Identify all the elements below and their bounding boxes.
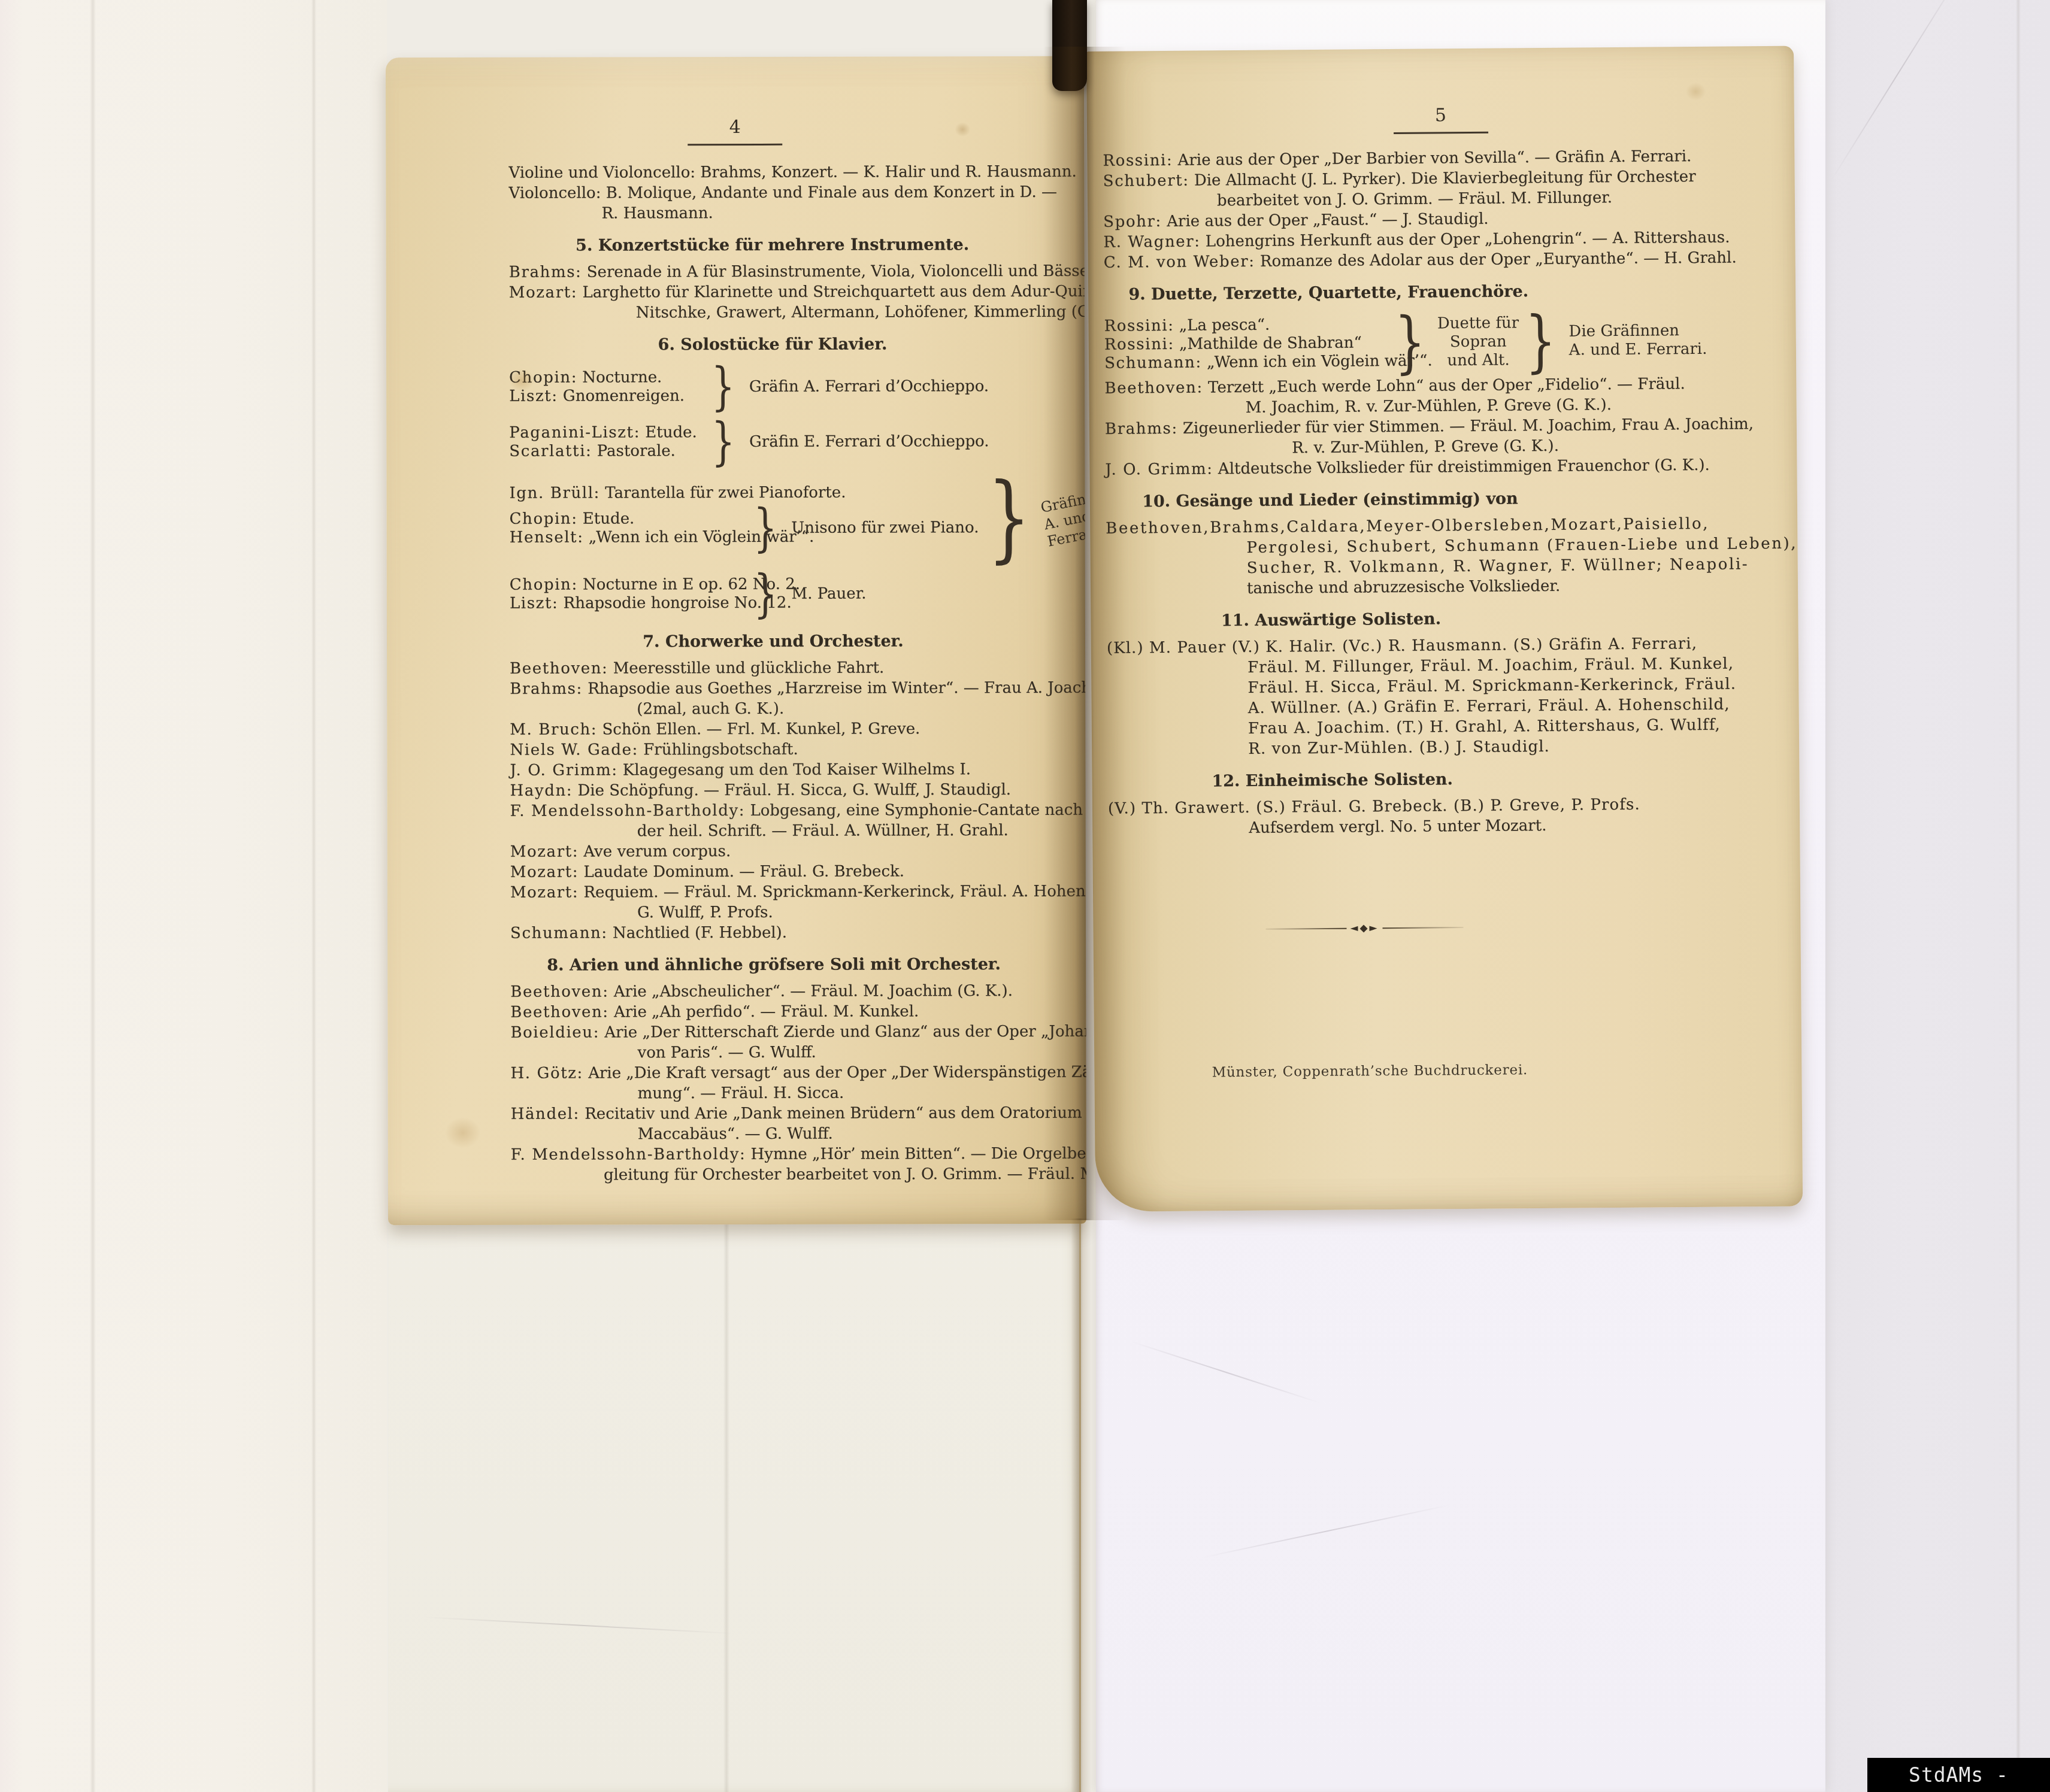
text-line: von Paris“. — G. Wulff. — [637, 1042, 1061, 1063]
page-number: 4 — [688, 117, 782, 145]
text-line: Niels W. Gade: Frühlingsbotschaft. — [510, 739, 1061, 760]
brace-icon: } — [1394, 309, 1425, 376]
section-heading-7: 7. Chorwerke und Orchester. — [510, 631, 1037, 653]
brace-icon: } — [987, 471, 1031, 565]
archive-reference-label: StdAMs - MV_004_229 — [1867, 1758, 2050, 1792]
section-10-lines: Beethoven,Brahms,Caldara,Meyer-Olbersleb… — [1106, 514, 1663, 599]
text-line: F. Mendelssohn-Bartholdy: Lobgesang, ein… — [510, 800, 1061, 821]
text-line: Beethoven: Arie „Ah perfido“. — Fräul. M… — [510, 1001, 1061, 1023]
text-line: Haydn: Die Schöpfung. — Fräul. H. Sicca,… — [510, 780, 1061, 801]
page-number-area: 5 — [1087, 102, 1794, 137]
section-heading-9: 9. Duette, Terzette, Quartette, Frauench… — [1104, 281, 1553, 305]
text-line: A. Wüllner. (A.) Gräfin E. Ferrari, Fräu… — [1247, 695, 1664, 718]
text-line: Die Gräfinnen — [1568, 322, 1707, 341]
section-heading-11: 11. Auswärtige Solisten. — [1106, 608, 1555, 632]
text-line: Aufserdem vergl. No. 5 unter Mozart. — [1249, 814, 1665, 838]
text-line: Nitschke, Grawert, Altermann, Lohöfener,… — [636, 302, 1060, 323]
section-heading-8: 8. Arien und ähnliche gröfsere Soli mit … — [510, 954, 1037, 976]
text-line: der heil. Schrift. — Fräul. A. Wüllner, … — [637, 820, 1061, 841]
performer-label-stack: GräfinnenA. und E.Ferrari. — [1040, 485, 1086, 550]
text-line: Frau A. Joachim. (T.) H. Grahl, A. Ritte… — [1248, 715, 1664, 738]
brace-group: Chopin: Nocturne.Liszt: Gnomenreigen. } … — [509, 360, 1060, 413]
performer-label: Gräfin A. Ferrari d’Occhieppo. — [749, 377, 989, 396]
brace-group: Rossini: „La pesca“.Rossini: „Mathilde d… — [1104, 307, 1661, 378]
section-12-lines: (V.) Th. Grawert. (S.) Fräul. G. Brebeck… — [1108, 794, 1666, 839]
text-line: R. von Zur-Mühlen. (B.) J. Staudigl. — [1248, 735, 1664, 759]
text-line: Brahms: Rhapsodie aus Goethes „Harzreise… — [510, 678, 1061, 699]
section-heading-10: 10. Gesänge und Lieder (einstimmig) von — [1106, 489, 1555, 513]
section-5-lines: Brahms: Serenade in A für Blasinstrument… — [509, 261, 1060, 323]
section-heading-5: 5. Konzertstücke für mehrere Instrumente… — [509, 235, 1036, 256]
backing-sheet-right — [1825, 0, 2050, 1792]
stain — [445, 1117, 481, 1148]
text-line: Ign. Brüll: Tarantella für zwei Pianofor… — [509, 483, 979, 503]
book-page-5: 5 Rossini: Arie aus der Oper „Der Barbie… — [1086, 46, 1803, 1212]
paper-crease — [311, 0, 316, 1792]
section-heading-6: 6. Solostücke für Klavier. — [509, 334, 1036, 356]
book-spine — [1052, 0, 1087, 91]
text-line: und Alt. — [1437, 351, 1519, 370]
text-line: Rossini: „La pesca“. — [1104, 315, 1388, 336]
text-line: Mozart: Larghetto für Klarinette und Str… — [509, 281, 1060, 303]
text-line: Fräul. H. Sicca, Fräul. M. Sprickmann-Ke… — [1247, 674, 1664, 698]
text-line: tanische und abruzzesische Volkslieder. — [1247, 575, 1663, 598]
section-8-lines: Beethoven: Arie „Abscheulicher“. — Fräul… — [510, 981, 1062, 1185]
text-line: Mozart: Requiem. — Fräul. M. Sprickmann-… — [510, 881, 1061, 903]
text-line: Sopran — [1437, 332, 1519, 351]
text-line: Schumann: „Wenn ich ein Vöglein wär’“. — [1104, 352, 1389, 373]
paper-crease — [1132, 1341, 1320, 1403]
text-line: R. Hausmann. — [601, 202, 1059, 224]
section-7-lines: Beethoven: Meeresstille und glückliche F… — [510, 657, 1061, 944]
brace-icon: } — [753, 568, 777, 620]
page-number-area: 4 — [386, 116, 1084, 146]
divider-line — [1266, 928, 1347, 930]
text-line: R. v. Zur-Mühlen, P. Greve (G. K.). — [1292, 435, 1662, 458]
stain — [1685, 83, 1706, 101]
text-line: gleitung für Orchester bearbeitet von J.… — [604, 1164, 1062, 1185]
book-page-4: 4 Violine und Violoncello: Brahms, Konze… — [386, 56, 1086, 1225]
section-6: Chopin: Nocturne.Liszt: Gnomenreigen. } … — [509, 360, 1061, 620]
divider-line — [1383, 927, 1464, 929]
text-line: Schumann: Nachtlied (F. Hebbel). — [510, 922, 1061, 944]
paper-crease — [2016, 0, 2021, 1792]
text-line: Liszt: Rhapsodie hongroise No. 12. — [510, 594, 749, 613]
page-number: 5 — [1393, 105, 1488, 134]
text-line: M. Bruch: Schön Ellen. — Frl. M. Kunkel,… — [510, 718, 1061, 740]
text-line: Chopin: Nocturne in E op. 62 No. 2. — [510, 575, 749, 595]
text-line: Mozart: Laudate Dominum. — Fräul. G. Bre… — [510, 861, 1061, 883]
text-line: mung“. — Fräul. H. Sicca. — [638, 1083, 1062, 1103]
text-line: C. M. von Weber: Romanze des Adolar aus … — [1104, 248, 1661, 272]
text-line: Pergolesi, Schubert, Schumann (Frauen-Li… — [1246, 534, 1663, 557]
text-line: Liszt: Gnomenreigen. — [509, 387, 707, 406]
text-line: Händel: Recitativ und Arie „Dank meinen … — [511, 1103, 1062, 1124]
performer-label: Die GräfinnenA. und E. Ferrari. — [1568, 322, 1707, 360]
continuation-lines: Rossini: Arie aus der Oper „Der Barbier … — [1103, 146, 1661, 272]
text-line: A. und E. Ferrari. — [1569, 340, 1707, 360]
paper-crease — [1831, 0, 1965, 181]
brace-icon: } — [753, 502, 777, 553]
continuation-lines: Violine und Violoncello: Brahms, Konzert… — [508, 162, 1059, 224]
text-line: Brahms: Serenade in A für Blasinstrument… — [509, 261, 1060, 283]
diamond-ornament-icon: ◄◆► — [1346, 922, 1382, 934]
paper-crease — [90, 0, 96, 1792]
text-line: Sucher, R. Volkmann, R. Wagner, F. Wülln… — [1247, 554, 1663, 578]
text-line: J. O. Grimm: Altdeutsche Volkslieder für… — [1105, 455, 1662, 480]
text-line: Maccabäus“. — G. Wulff. — [638, 1123, 1062, 1144]
page4-text: Violine und Violoncello: Brahms, Konzert… — [508, 162, 1062, 1185]
text-line: Boieldieu: Arie „Der Ritterschaft Zierde… — [510, 1021, 1061, 1043]
text-line: (2mal, auch G. K.). — [637, 698, 1061, 719]
text-line: Violoncello: B. Molique, Andante und Fin… — [508, 182, 1059, 204]
grouping-label: Duette fürSopranund Alt. — [1437, 314, 1519, 370]
text-line: Fräul. M. Fillunger, Fräul. M. Joachim, … — [1247, 654, 1664, 677]
text-line: F. Mendelssohn-Bartholdy: Hymne „Hör’ me… — [511, 1144, 1062, 1165]
section-11-lines: (Kl.) M. Pauer (V.) K. Halir. (Vc.) R. H… — [1107, 633, 1665, 760]
brace-icon: } — [711, 416, 735, 468]
printer-imprint: Münster, Coppenrath’sche Buchdruckerei. — [1166, 1062, 1573, 1081]
text-line: (V.) Th. Grawert. (S.) Fräul. G. Brebeck… — [1108, 794, 1665, 818]
brace-group: Paganini-Liszt: Etude.Scarlatti: Pastora… — [509, 416, 1060, 468]
text-line: Beethoven: Meeresstille und glückliche F… — [510, 657, 1061, 679]
text-line: Beethoven: Arie „Abscheulicher“. — Fräul… — [510, 981, 1061, 1002]
backing-sheet-left — [0, 0, 387, 1792]
text-line: G. Wulff, P. Profs. — [637, 902, 1061, 923]
brace-icon: } — [711, 361, 735, 413]
text-line: Chopin: Etude. — [510, 509, 749, 528]
text-line: Paganini-Liszt: Etude. — [509, 423, 707, 442]
text-line: H. Götz: Arie „Die Kraft versagt“ aus de… — [510, 1062, 1061, 1084]
paper-crease — [424, 1617, 735, 1634]
text-line: Rossini: „Mathilde de Shabran“ — [1104, 333, 1389, 354]
text-line: bearbeitet von J. O. Grimm. — Fräul. M. … — [1217, 187, 1660, 211]
brace-icon: } — [1525, 308, 1556, 375]
brace-group-nested: Ign. Brüll: Tarantella für zwei Pianofor… — [509, 471, 1060, 566]
text-line: Chopin: Nocturne. — [509, 368, 707, 387]
brace-group: Chopin: Nocturne in E op. 62 No. 2.Liszt… — [510, 568, 1061, 620]
section-heading-12: 12. Einheimische Solisten. — [1107, 769, 1557, 793]
paper-crease — [1204, 1505, 1450, 1558]
text-line: Henselt: „Wenn ich ein Vöglein wär’“. — [510, 527, 749, 547]
ornament-divider: ◄◆► — [1265, 921, 1463, 935]
section-9-lines: Beethoven: Terzett „Euch werde Lohn“ aus… — [1104, 374, 1662, 480]
scanned-book-spread: { "corner_label": "StdAMs - MV_004_229",… — [0, 0, 2050, 1792]
text-line: Scarlatti: Pastorale. — [509, 442, 707, 461]
paper-crease — [723, 1221, 729, 1792]
text-line: Duette für — [1437, 314, 1519, 333]
text-line: Violine und Violoncello: Brahms, Konzert… — [508, 162, 1059, 183]
text-line: J. O. Grimm: Klagegesang um den Tod Kais… — [510, 759, 1061, 781]
text-line: Mozart: Ave verum corpus. — [510, 841, 1061, 862]
performer-label: M. Pauer. — [792, 585, 867, 603]
page5-text: Rossini: Arie aus der Oper „Der Barbier … — [1103, 146, 1665, 839]
performer-label: Gräfin E. Ferrari d’Occhieppo. — [749, 432, 989, 451]
performer-label: Unisono für zwei Piano. — [791, 519, 979, 537]
text-line: M. Joachim, R. v. Zur-Mühlen, P. Greve (… — [1246, 394, 1662, 417]
